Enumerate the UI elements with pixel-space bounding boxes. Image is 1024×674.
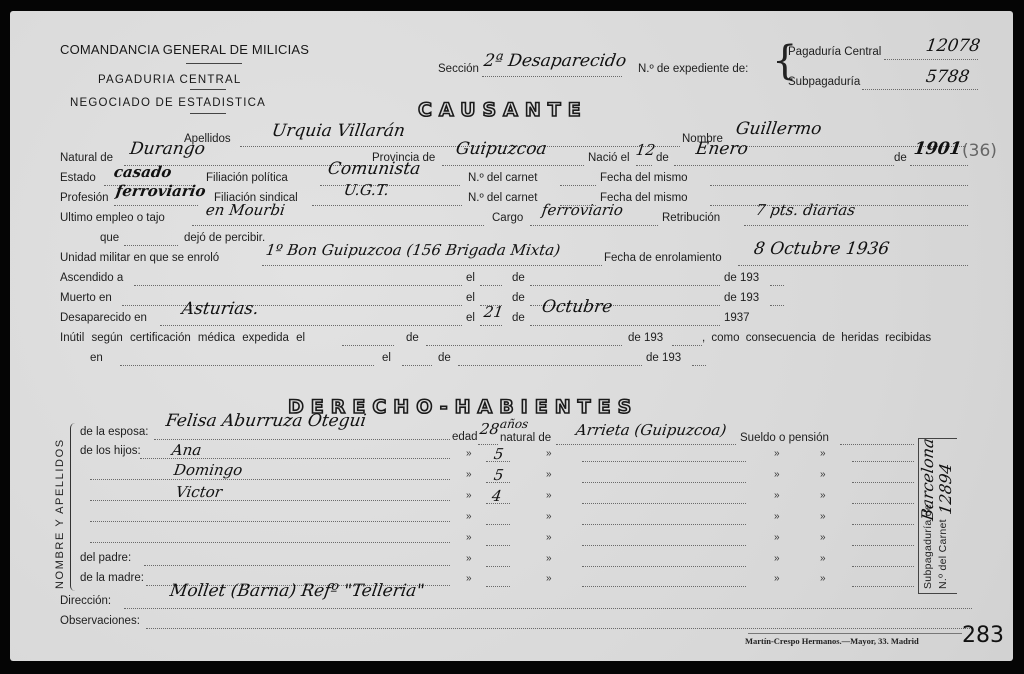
dotted-line [674, 165, 894, 166]
ditto-mark: » [820, 469, 826, 480]
dotted-line [744, 225, 968, 226]
ditto-mark: » [820, 553, 826, 564]
dotted-line [582, 566, 746, 567]
dotted-line [582, 461, 746, 462]
box-carnet-label: N.º del Carnet [937, 519, 949, 589]
dotted-line [582, 482, 746, 483]
de-label: de [656, 152, 669, 164]
de193-label: de 193 [646, 352, 681, 364]
carnet-label: N.º del carnet [468, 172, 537, 184]
dotted-line [262, 265, 602, 266]
dotted-line [862, 89, 978, 90]
dotted-line [480, 325, 502, 326]
natural-label: Natural de [60, 152, 113, 164]
unidad-label: Unidad militar en que se enroló [60, 252, 219, 264]
nacio-year: 1901 [913, 139, 963, 159]
dotted-line [154, 439, 450, 440]
dotted-line [90, 542, 450, 543]
dotted-line [692, 365, 706, 366]
dotted-line [458, 365, 642, 366]
de-label: de [406, 332, 419, 344]
pagaduria-central-label: Pagaduría Central [788, 46, 881, 58]
dotted-line [402, 365, 432, 366]
carnet-label-2: N.º del carnet [468, 192, 537, 204]
desaparecido-value: Asturias. [181, 299, 260, 319]
section-label: Sección [438, 63, 479, 75]
divider [190, 89, 226, 90]
de-label: de [512, 272, 525, 284]
org-line-2: PAGADURIA CENTRAL [98, 74, 242, 86]
dotted-line [852, 461, 914, 462]
ditto-mark: » [466, 469, 472, 480]
dotted-line [90, 479, 450, 480]
ditto-mark: » [546, 448, 552, 459]
side-label: NOMBRE Y APELLIDOS [54, 438, 66, 589]
dotted-line [312, 205, 462, 206]
hijos-label: de los hijos: [80, 445, 141, 457]
direccion-label: Dirección: [60, 595, 111, 607]
dotted-line [852, 566, 914, 567]
edad-label: edad [452, 431, 478, 443]
ditto-mark: » [774, 469, 780, 480]
ultimo-empleo-label: Ultimo empleo o tajo [60, 212, 165, 224]
dotted-line [90, 521, 450, 522]
org-line-1: COMANDANCIA GENERAL DE MILICIAS [60, 42, 309, 57]
brace-line [70, 423, 75, 591]
ditto-mark: » [546, 573, 552, 584]
causante-title: CAUSANTE [418, 99, 588, 121]
inutil-label: Inútil según certificación médica expedi… [60, 332, 305, 344]
filiacion-sindical-value: U.G.T. [343, 181, 390, 199]
dotted-line [122, 305, 462, 306]
dotted-line [486, 524, 510, 525]
dotted-line [482, 76, 622, 77]
de-label: de [894, 152, 907, 164]
ditto-mark: » [774, 511, 780, 522]
fecha-enrol-value: 8 Octubre 1936 [753, 239, 891, 259]
ditto-mark: » [546, 532, 552, 543]
dotted-line [114, 205, 198, 206]
dotted-line [486, 586, 510, 587]
dotted-line [120, 365, 374, 366]
dotted-line [480, 285, 502, 286]
ascendido-label: Ascendido a [60, 272, 123, 284]
como-label: , como consecuencia de heridas recibidas [702, 332, 931, 344]
de-label: de [438, 352, 451, 364]
que-label: que [100, 232, 119, 244]
dotted-line [852, 545, 914, 546]
en-label: en [90, 352, 103, 364]
dotted-line [160, 325, 462, 326]
dotted-line [146, 628, 972, 629]
nacio-month: Enero [695, 139, 750, 159]
index-card: COMANDANCIA GENERAL DE MILICIAS PAGADURI… [10, 11, 1013, 661]
dotted-line [192, 225, 484, 226]
el-label: el [382, 352, 391, 364]
dotted-line [426, 345, 622, 346]
cargo-label: Cargo [492, 212, 523, 224]
sueldo-label: Sueldo o pensión [740, 432, 829, 444]
profesion-label: Profesión [60, 192, 109, 204]
dotted-line [910, 165, 968, 166]
ditto-mark: » [466, 532, 472, 543]
desaparecido-year: 1937 [724, 312, 750, 324]
dotted-line [530, 325, 720, 326]
edad-value: 28 [479, 420, 501, 438]
dotted-line [852, 482, 914, 483]
ditto-mark: » [466, 490, 472, 501]
cargo-value: ferroviario [541, 201, 625, 219]
ditto-mark: » [820, 511, 826, 522]
box-subpagaduria-value: Barcelona [918, 437, 937, 522]
dotted-line [710, 185, 968, 186]
dotted-line [124, 245, 178, 246]
printer-imprint: Martín-Crespo Hermanos.—Mayor, 33. Madri… [745, 636, 919, 646]
dotted-line [442, 165, 584, 166]
dotted-line [852, 524, 914, 525]
hijo-name: Domingo [173, 461, 244, 479]
ditto-mark: » [774, 490, 780, 501]
direccion-value: Mollet (Barna) Refº "Telleria" [169, 581, 426, 601]
dotted-line [530, 285, 720, 286]
filiacion-politica-value: Comunista [327, 159, 422, 179]
muerto-label: Muerto en [60, 292, 112, 304]
el-label: el [466, 272, 475, 284]
el-label: el [466, 312, 475, 324]
org-line-3: NEGOCIADO DE ESTADISTICA [70, 97, 266, 109]
divider [748, 633, 962, 634]
unidad-value: 1º Bon Guipuzcoa (156 Brigada Mixta) [265, 241, 562, 259]
dotted-line [342, 345, 394, 346]
ditto-mark: » [774, 448, 780, 459]
esposa-label: de la esposa: [80, 426, 148, 438]
dotted-line [582, 586, 746, 587]
retribucion-value: 7 pts. diarias [755, 201, 857, 219]
subpagaduria-label: Subpagaduría [788, 76, 860, 88]
fecha-enrol-label: Fecha de enrolamiento [604, 252, 722, 264]
de193-label: de 193 [724, 292, 759, 304]
ditto-mark: » [466, 553, 472, 564]
dotted-line [672, 345, 702, 346]
section-value: 2ª Desaparecido [483, 51, 628, 71]
profesion-value: ferroviario [115, 182, 207, 200]
ditto-mark: » [820, 448, 826, 459]
hijo-name: Victor [175, 483, 224, 501]
card-number: 283 [962, 623, 1004, 648]
dotted-line [582, 503, 746, 504]
dotted-line [530, 225, 658, 226]
ditto-mark: » [774, 553, 780, 564]
dotted-line [144, 565, 450, 566]
subpagaduria-value: 5788 [925, 67, 971, 87]
de-label: de [512, 312, 525, 324]
ditto-mark: » [466, 511, 472, 522]
madre-label: de la madre: [80, 572, 144, 584]
provincia-value: Guipuzcoa [455, 139, 548, 159]
de-label: de [512, 292, 525, 304]
desaparecido-month: Octubre [541, 297, 614, 317]
dotted-line [840, 444, 914, 445]
ditto-mark: » [466, 573, 472, 584]
hijo-name: Ana [171, 441, 203, 459]
box-carnet-value: 12894 [936, 462, 955, 516]
estado-value: casado [113, 163, 173, 181]
dotted-line [320, 185, 460, 186]
divider [190, 113, 226, 114]
dotted-line [770, 285, 784, 286]
ditto-mark: » [820, 573, 826, 584]
dotted-line [560, 185, 596, 186]
dotted-line [124, 608, 972, 609]
de193-label: de 193 [724, 272, 759, 284]
padre-label: del padre: [80, 552, 131, 564]
ditto-mark: » [546, 511, 552, 522]
dotted-line [852, 586, 914, 587]
dotted-line [770, 305, 784, 306]
dotted-line [134, 285, 462, 286]
dotted-line [486, 566, 510, 567]
dotted-line [582, 545, 746, 546]
de193-label: de 193 [628, 332, 663, 344]
ditto-mark: » [546, 490, 552, 501]
fecha-mismo-label: Fecha del mismo [600, 172, 688, 184]
natural-value: Arrieta (Guipuzcoa) [575, 421, 728, 439]
dotted-line [556, 444, 736, 445]
ditto-mark: » [466, 448, 472, 459]
dejo-label: dejó de percibir. [184, 232, 265, 244]
nacio-day: 12 [635, 141, 657, 159]
esposa-value: Felisa Aburruza Otegui [165, 411, 368, 431]
nombre-value: Guillermo [735, 119, 823, 139]
ditto-mark: » [546, 553, 552, 564]
dotted-line [636, 165, 652, 166]
ditto-mark: » [546, 469, 552, 480]
observaciones-label: Observaciones: [60, 615, 140, 627]
dotted-line [486, 545, 510, 546]
ditto-mark: » [774, 573, 780, 584]
nacio-label: Nació el [588, 152, 630, 164]
hijo-age: 4 [491, 487, 503, 505]
natural-value: Durango [129, 139, 207, 159]
ditto-mark: » [820, 532, 826, 543]
anos-value: años [499, 417, 529, 431]
ultimo-empleo-value: en Mourbi [205, 201, 286, 219]
estado-label: Estado [60, 172, 96, 184]
retribucion-label: Retribución [662, 212, 720, 224]
dotted-line [738, 265, 968, 266]
ditto-mark: » [820, 490, 826, 501]
dotted-line [852, 503, 914, 504]
el-label: el [466, 292, 475, 304]
natural-label: natural de [500, 432, 551, 444]
desaparecido-label: Desaparecido en [60, 312, 147, 324]
divider [186, 63, 242, 64]
expediente-label: N.º de expediente de: [638, 63, 748, 75]
filiacion-politica-label: Filiación política [206, 172, 288, 184]
dotted-line [884, 59, 978, 60]
apellidos-value: Urquia Villarán [271, 121, 407, 141]
desaparecido-day: 21 [483, 303, 505, 321]
dotted-line [90, 500, 450, 501]
dotted-line [582, 524, 746, 525]
ditto-mark: » [774, 532, 780, 543]
pagaduria-central-value: 12078 [925, 36, 982, 56]
age-note: (36) [962, 141, 997, 161]
